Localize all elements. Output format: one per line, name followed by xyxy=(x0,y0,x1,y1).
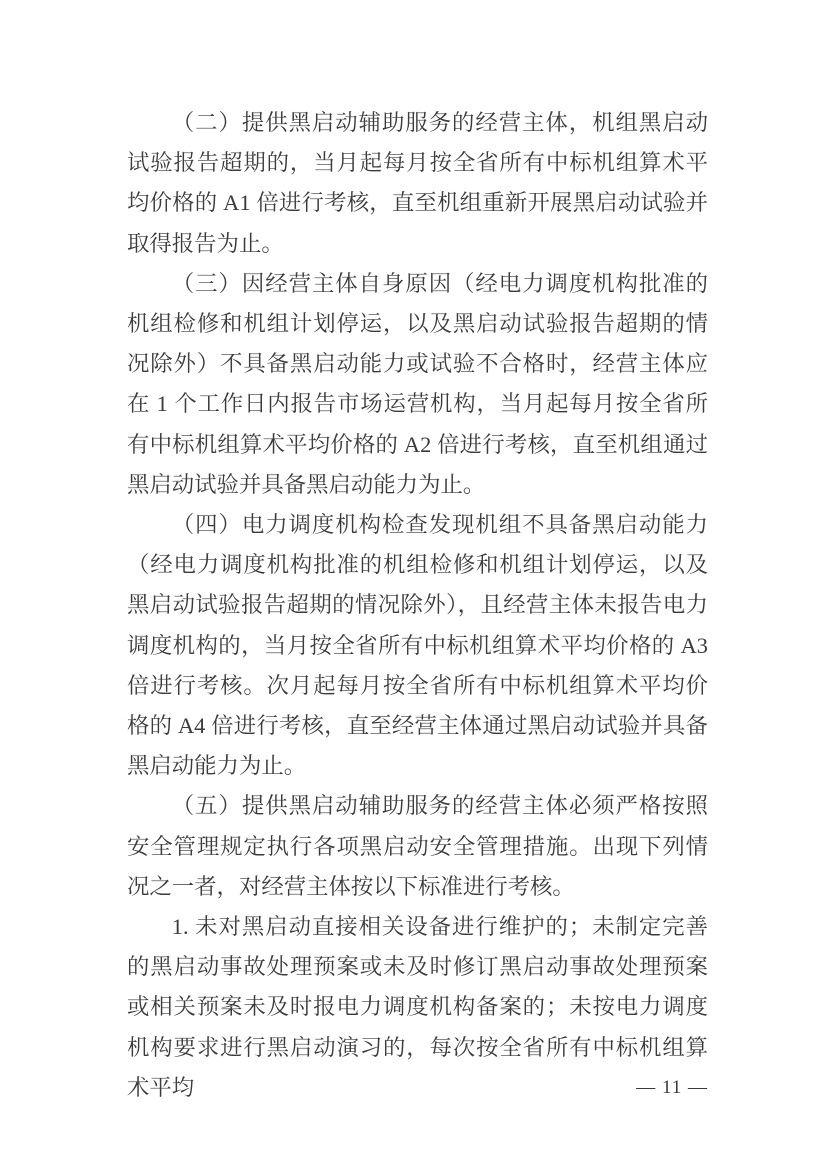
paragraph-item-2: （二）提供黑启动辅助服务的经营主体，机组黑启动试验报告超期的，当月起每月按全省所… xyxy=(127,103,708,264)
paragraph-item-5: （五）提供黑启动辅助服务的经营主体必须严格按照安全管理规定执行各项黑启动安全管理… xyxy=(127,786,708,907)
page-number: — 11 — xyxy=(127,1076,708,1100)
paragraph-item-4: （四）电力调度机构检查发现机组不具备黑启动能力（经电力调度机构批准的机组检修和机… xyxy=(127,505,708,786)
paragraph-item-3: （三）因经营主体自身原因（经电力调度机构批准的机组检修和机组计划停运，以及黑启动… xyxy=(127,264,708,505)
document-page: （二）提供黑启动辅助服务的经营主体，机组黑启动试验报告超期的，当月起每月按全省所… xyxy=(0,0,827,1170)
body-text: （二）提供黑启动辅助服务的经营主体，机组黑启动试验报告超期的，当月起每月按全省所… xyxy=(127,103,708,1108)
